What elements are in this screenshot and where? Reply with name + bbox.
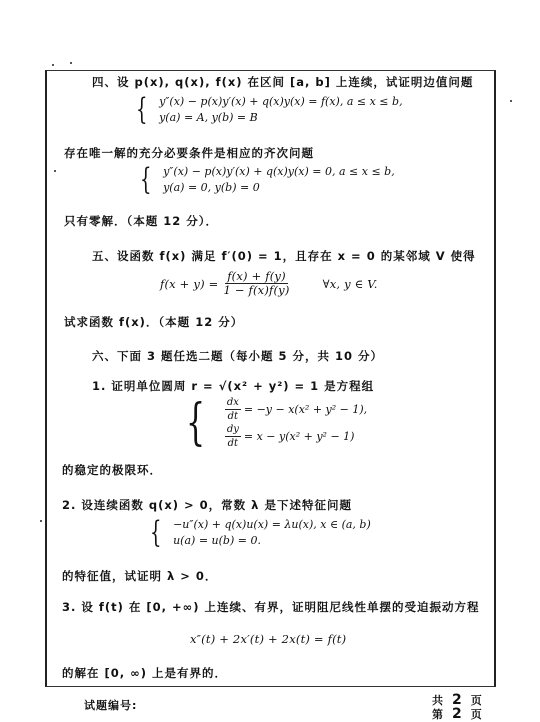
current-page: 第 2 页 [432, 706, 483, 722]
system2-line2: y(a) = 0, y(b) = 0 [163, 181, 395, 195]
problem4-closing: 只有零解．（本题 12 分）． [64, 213, 218, 229]
q1-intro: 1. 证明单位圆周 r = √(x² + y²) = 1 是方程组 [92, 378, 374, 394]
left-brace-icon: { [136, 95, 147, 125]
scan-speck [40, 520, 42, 522]
system1-line2: y(a) = A, y(b) = B [159, 111, 402, 125]
scan-speck [70, 62, 72, 64]
left-brace-icon: { [150, 518, 161, 548]
q3-intro: 3. 设 f(t) 在 [0, +∞) 上连续、有界，证明阻尼线性单摆的受迫振动… [62, 599, 480, 615]
exam-code-label: 试题编号: [84, 697, 137, 713]
q2-line1: −u″(x) + q(x)u(x) = λu(x), x ∈ (a, b) [173, 518, 371, 532]
q3-closing: 的解在 [0, ∞) 上是有界的． [62, 665, 227, 681]
q1-closing: 的稳定的极限环． [62, 462, 162, 478]
problem6-header: 六、下面 3 题任选二题（每小题 5 分，共 10 分） [92, 348, 383, 364]
formula-fraction: f(x) + f(y) 1 − f(x)f(y) [221, 270, 291, 297]
fraction-denominator: 1 − f(x)f(y) [221, 284, 291, 297]
left-brace-icon: { [140, 165, 151, 195]
scan-speck [52, 64, 54, 66]
problem5-closing: 试求函数 f(x)．（本题 12 分） [64, 314, 243, 330]
q2-line2: u(a) = u(b) = 0. [173, 534, 371, 548]
formula-condition: ∀x, y ∈ V. [323, 277, 378, 291]
problem4-system2: { y″(x) − p(x)y′(x) + q(x)y(x) = 0, a ≤ … [140, 165, 395, 195]
q2-closing: 的特征值，试证明 λ > 0． [62, 568, 217, 584]
current-page-value: 2 [452, 706, 463, 722]
scan-speck [510, 100, 512, 102]
problem5-header: 五、设函数 f(x) 满足 f′(0) = 1，且存在 x = 0 的某邻域 V… [92, 248, 476, 264]
left-brace-icon: { [186, 396, 205, 450]
system1-line1: y″(x) − p(x)y′(x) + q(x)y(x) = f(x), a ≤… [159, 95, 402, 109]
system2-line1: y″(x) − p(x)y′(x) + q(x)y(x) = 0, a ≤ x … [163, 165, 395, 179]
problem5-formula: f(x + y) = f(x) + f(y) 1 − f(x)f(y) ∀x, … [160, 270, 378, 297]
formula-lhs: f(x + y) = [160, 277, 218, 291]
problem4-system1: { y″(x) − p(x)y′(x) + q(x)y(x) = f(x), a… [136, 95, 403, 125]
problem4-middle: 存在唯一解的充分必要条件是相应的齐次问题 [64, 145, 314, 161]
fraction-numerator: f(x) + f(y) [225, 270, 288, 284]
q1-system: { dxdt = −y − x(x² + y² − 1), dydt = x −… [186, 396, 367, 450]
q1-line2: dydt = x − y(x² + y² − 1) [222, 423, 367, 450]
scan-speck [54, 170, 56, 172]
problem4-header: 四、设 p(x), q(x), f(x) 在区间 [a, b] 上连续，试证明边… [92, 74, 473, 90]
q2-system: { −u″(x) + q(x)u(x) = λu(x), x ∈ (a, b) … [150, 518, 371, 548]
q2-intro: 2. 设连续函数 q(x) > 0，常数 λ 是下述特征问题 [62, 497, 352, 513]
q3-formula: x″(t) + 2x′(t) + 2x(t) = f(t) [190, 632, 346, 646]
q1-line1: dxdt = −y − x(x² + y² − 1), [222, 396, 367, 423]
